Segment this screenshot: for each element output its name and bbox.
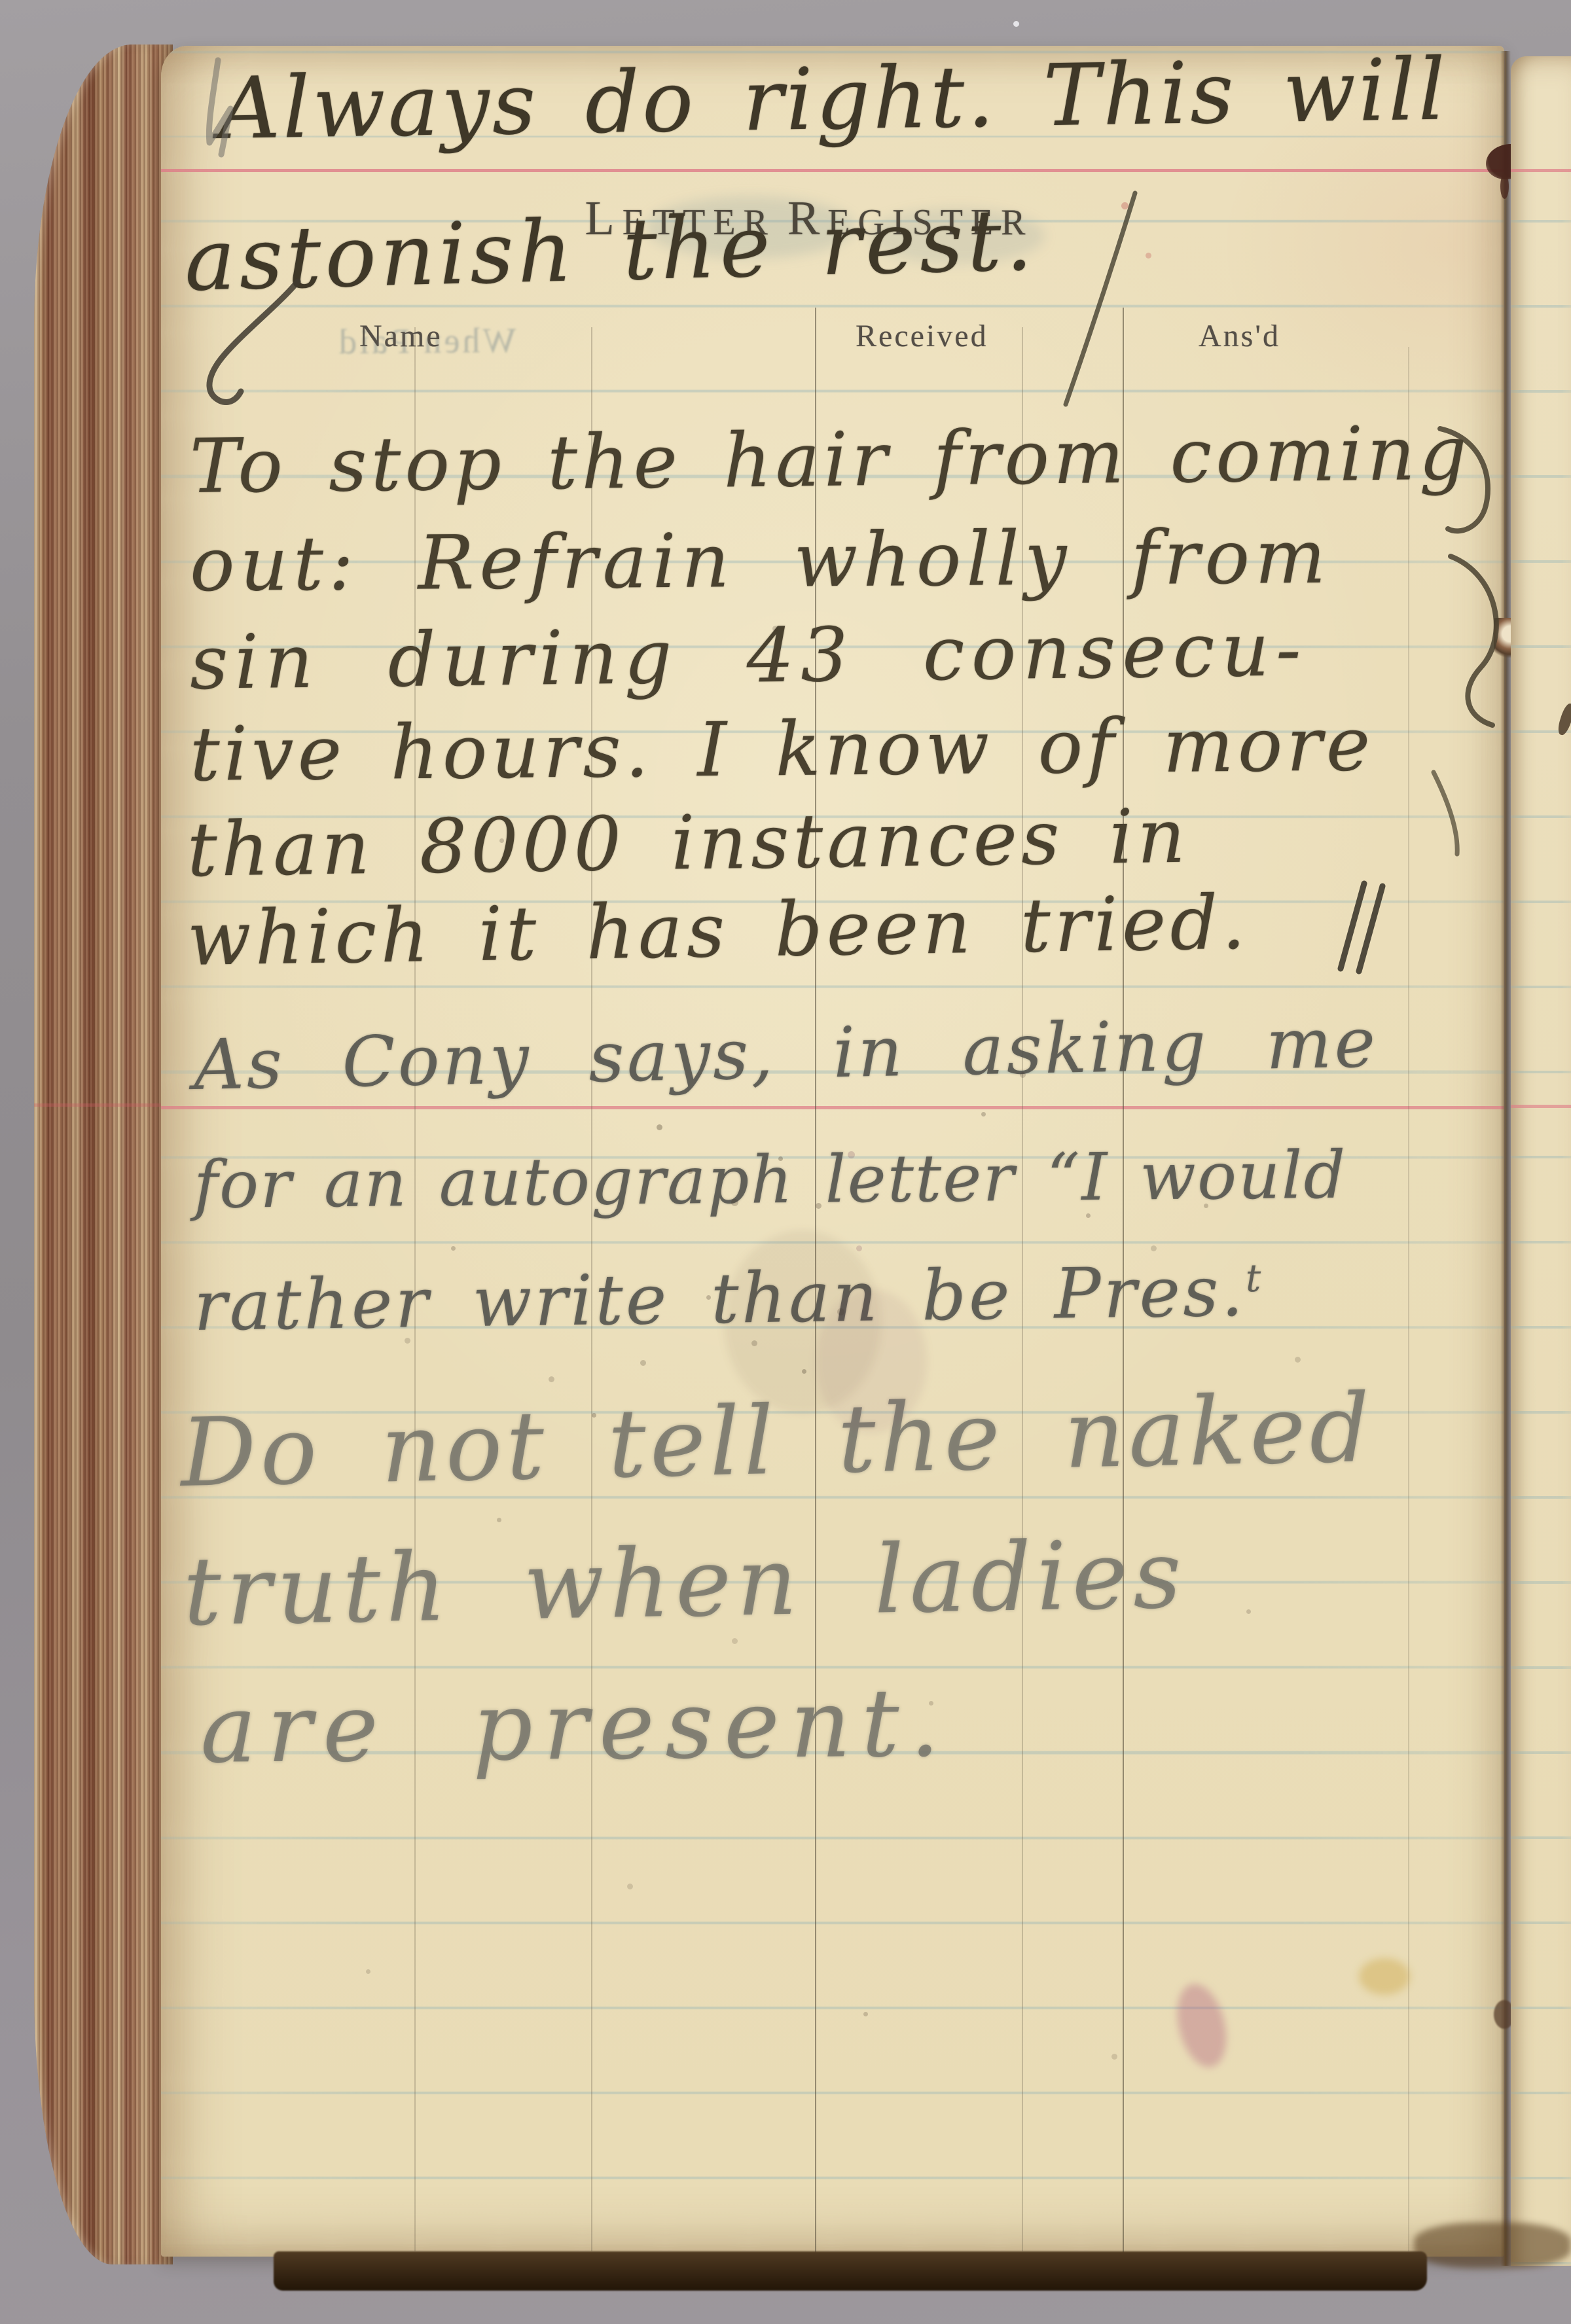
column-header-received: Received	[856, 318, 988, 354]
handwriting-line: tive hours. I know of more	[189, 700, 1374, 798]
handwriting-line: Always do right. This will	[218, 46, 1449, 158]
red-rule-middle	[1511, 1105, 1571, 1108]
handwriting-line: sin during 43 consecu-	[189, 605, 1308, 706]
red-rule-middle	[161, 1106, 1504, 1109]
ink-blot-tail	[1500, 174, 1509, 199]
handwriting-line: are present.	[200, 1668, 950, 1784]
facing-page-edge	[1511, 56, 1571, 2266]
handwriting-line: out: Refrain wholly from	[190, 513, 1331, 608]
smudge	[816, 1289, 927, 1433]
handwriting-line: for an autograph letter “I would	[193, 1137, 1347, 1223]
handwriting-line: which it has been tried.	[187, 879, 1250, 982]
book-fore-edge	[34, 45, 173, 2264]
yellow-stain	[1359, 1958, 1410, 1995]
worn-corner	[1414, 2223, 1571, 2268]
cover-edge	[274, 2251, 1427, 2291]
column-header-name: Name	[359, 318, 442, 354]
notebook-page: When Paid LETTERREGISTER Name Received A…	[161, 46, 1504, 2257]
red-rule-top	[1511, 169, 1571, 172]
red-rule-on-edge	[34, 1103, 173, 1107]
notebook-photo: When Paid LETTERREGISTER Name Received A…	[0, 0, 1571, 2324]
handwriting-line: astonish the rest.	[183, 190, 1038, 310]
column-header-ansd: Ans'd	[1199, 318, 1280, 354]
dust-speck	[1013, 21, 1019, 27]
handwriting-line: than 8000 instances in	[187, 793, 1189, 893]
foxing-speckles	[0, 0, 3, 3]
handwriting-line: truth when ladies	[183, 1519, 1188, 1647]
column-rule	[1408, 347, 1409, 2251]
blue-ruled-lines	[1511, 56, 1571, 2266]
binding-crease	[1500, 51, 1511, 2266]
red-rule-top	[161, 169, 1504, 172]
handwriting-line: To stop the hair from coming	[189, 410, 1471, 510]
superscript-t: t	[1245, 1256, 1263, 1300]
